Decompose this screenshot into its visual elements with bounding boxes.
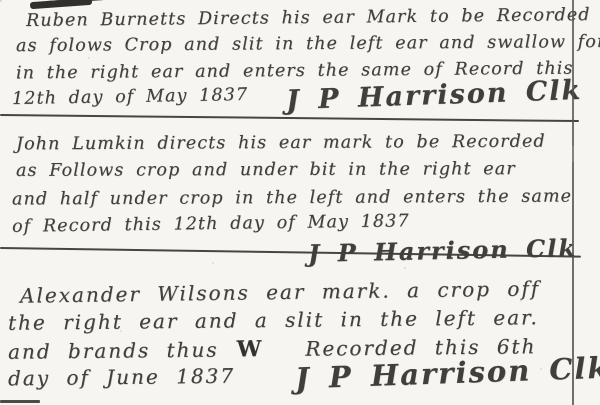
ruled-divider-line-bottom-fragment: [0, 400, 40, 403]
entry1-line4: 12th day of May 1837: [12, 85, 248, 109]
entry3-line3-prefix: and brands thus: [8, 338, 219, 364]
entry1-line1: Ruben Burnetts Directs his ear Mark to b…: [26, 5, 591, 31]
torn-ink-fragment: [30, 0, 92, 9]
entry2-clerk-signature: J P Harrison Clk: [308, 233, 577, 268]
entry3-line4: day of June 1837: [8, 364, 235, 391]
brand-mark-w: W: [236, 336, 261, 362]
paper-speckles: [0, 0, 2, 2]
document-page: Ruben Burnetts Directs his ear Mark to b…: [0, 0, 600, 405]
page-edge-line: [572, 0, 574, 405]
entry3-line2: the right ear and a slit in the left ear…: [8, 305, 539, 335]
entry2-line3: and half under crop in the left and ente…: [12, 187, 572, 210]
entry3-line1: Alexander Wilsons ear mark. a crop off: [20, 276, 540, 307]
entry2-line1: John Lumkin directs his ear mark to be R…: [16, 132, 546, 155]
entry2-line4: of Record this 12th day of May 1837: [12, 211, 410, 237]
entry1-line2: as folows Crop and slit in the left ear …: [16, 32, 600, 56]
entry2-line2: as Follows crop and under bit in the rig…: [16, 159, 516, 181]
entry1-clerk-signature: J P Harrison Clk: [286, 75, 583, 116]
